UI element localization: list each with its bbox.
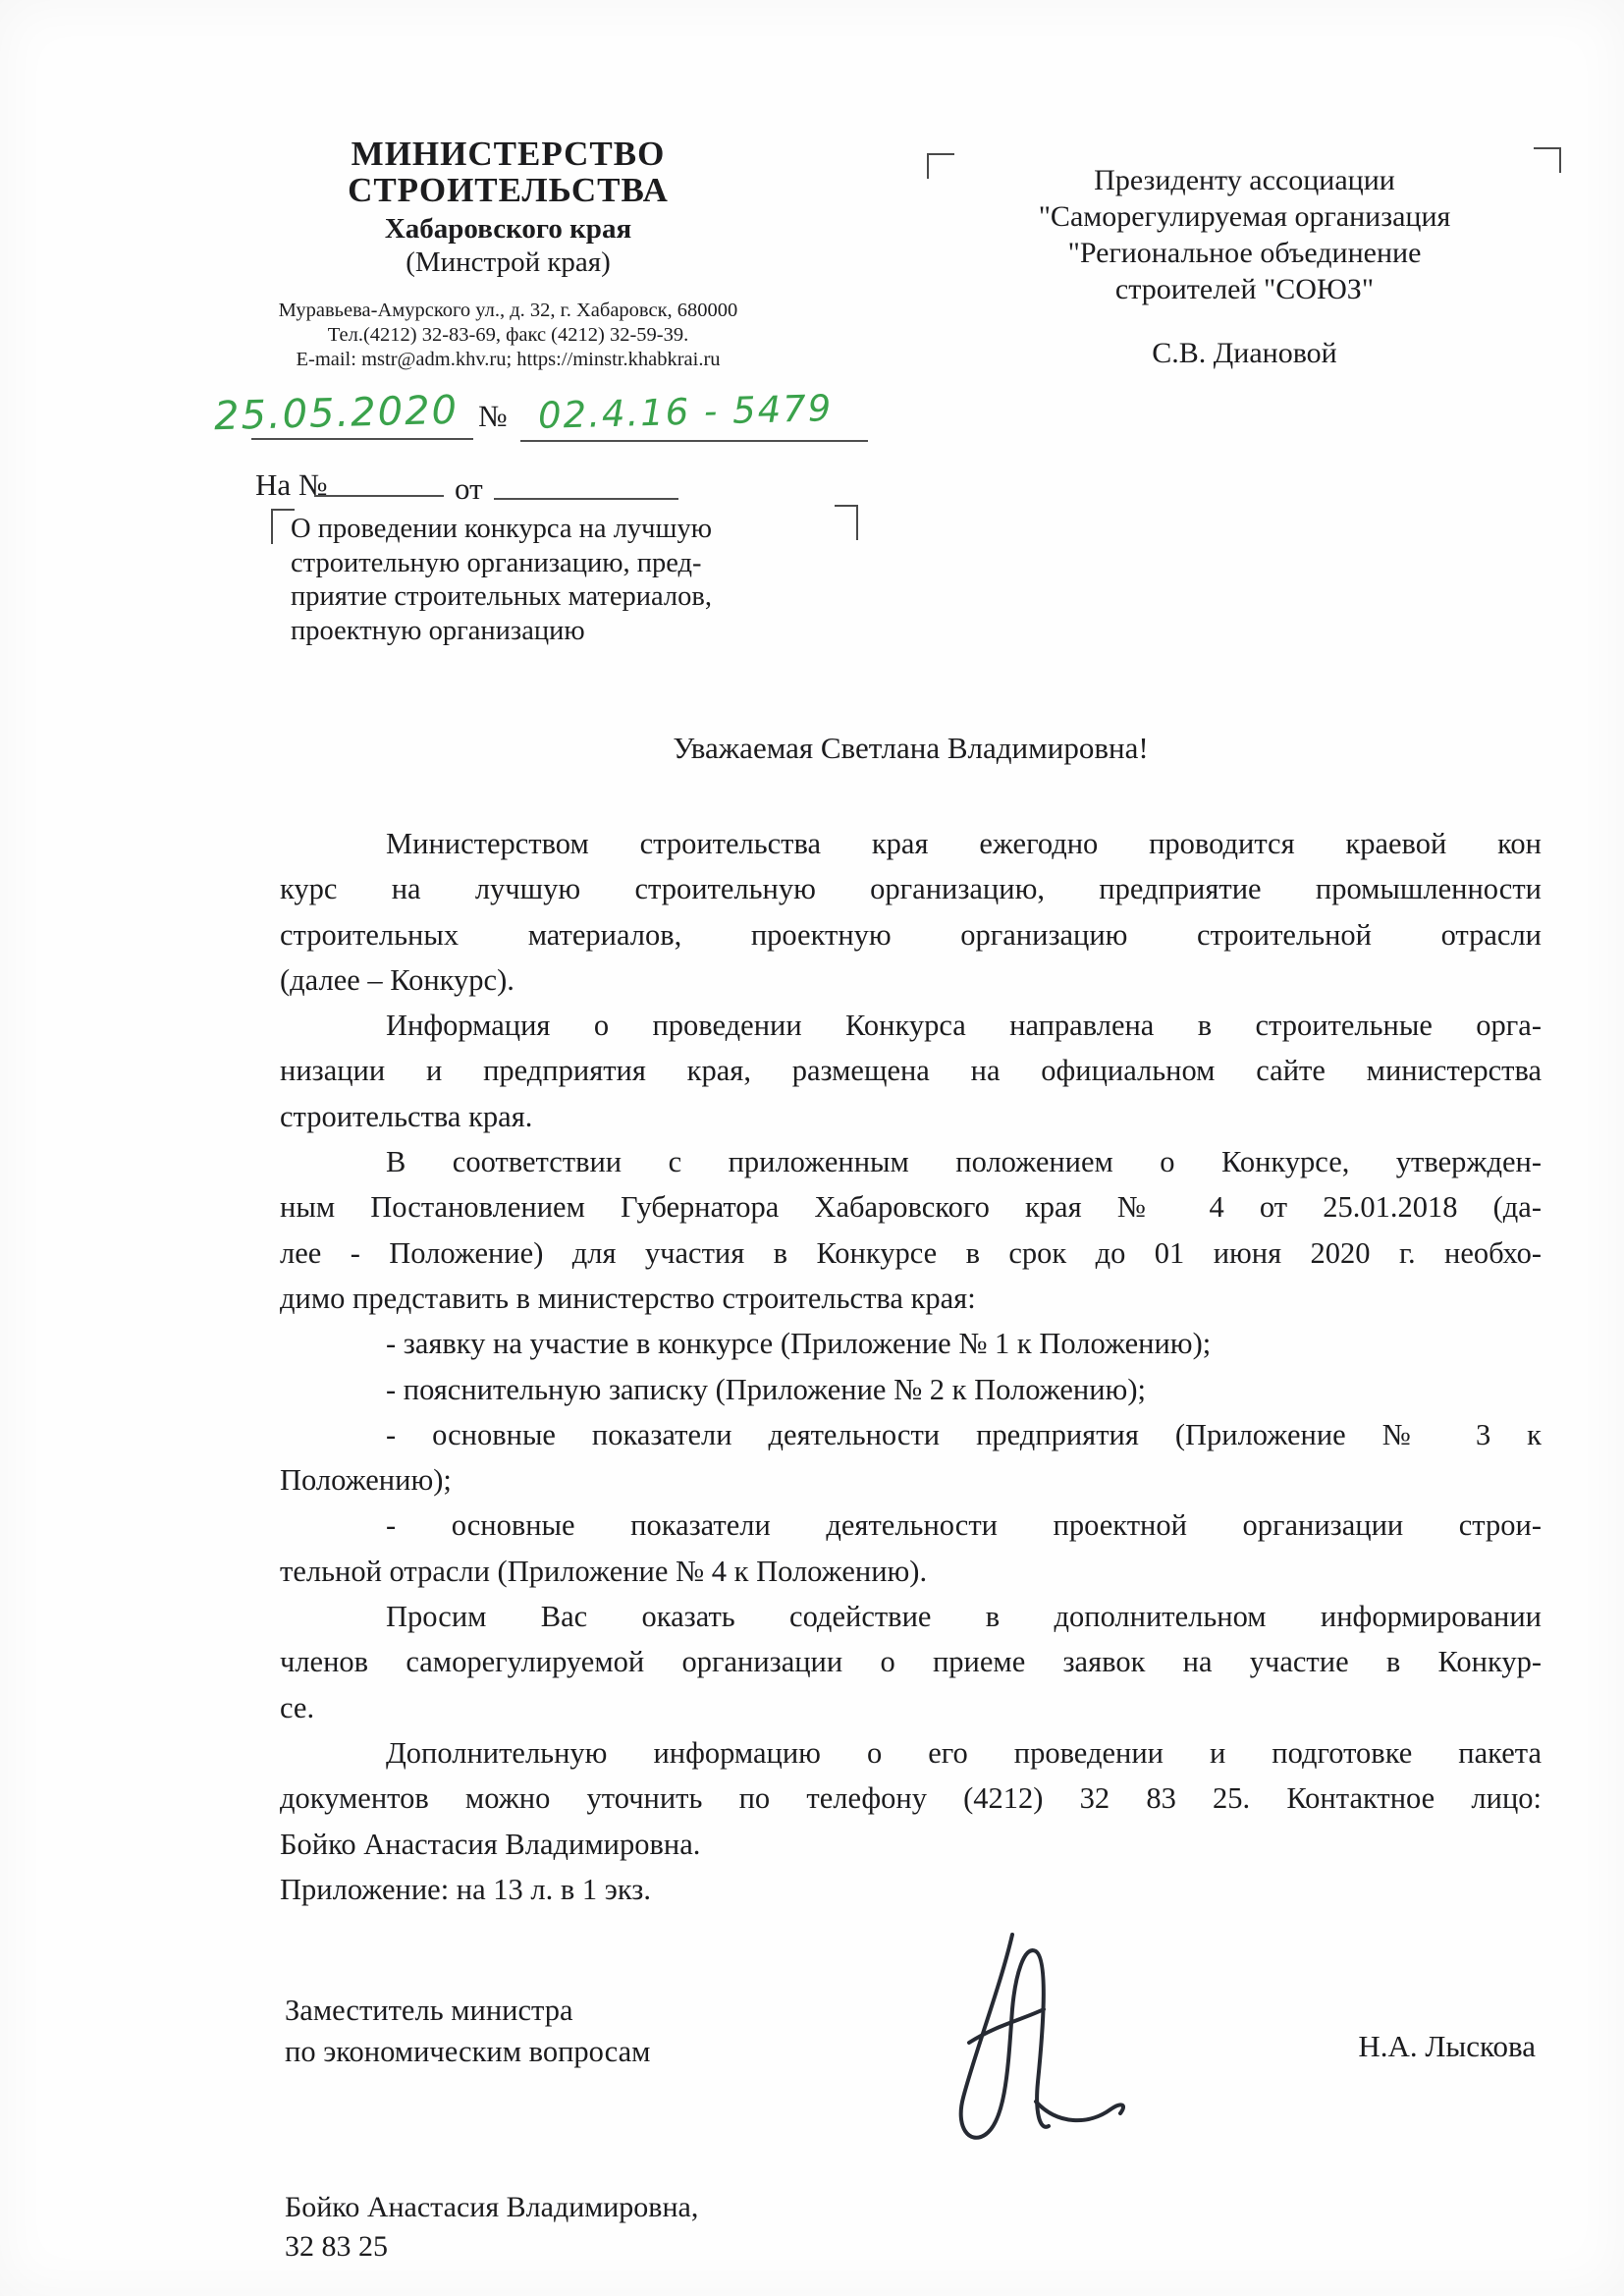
signer-position: Заместитель министра по экономическим во… <box>285 1990 650 2072</box>
body-line: димо представить в министерство строител… <box>280 1276 1542 1321</box>
letterhead-email: E-mail: mstr@adm.khv.ru; https://minstr.… <box>191 348 825 372</box>
reply-from-label: от <box>455 471 483 507</box>
addressee-line: "Саморегулируемая организация <box>938 198 1551 235</box>
ministry-title-line2: СТРОИТЕЛЬСТВА <box>191 172 825 208</box>
ministry-short-name: (Минстрой края) <box>191 246 825 279</box>
body-line: Приложение: на 13 л. в 1 экз. <box>280 1867 1542 1912</box>
addressee-line: строителей "СОЮЗ" <box>938 271 1551 307</box>
body-line: В соответствии с приложенным положением … <box>280 1139 1542 1184</box>
addressee-block: Президенту ассоциации "Саморегулируемая … <box>938 162 1551 371</box>
number-underline <box>520 440 868 442</box>
body-line: курс на лучшую строительную организацию,… <box>280 866 1542 911</box>
body-line: ным Постановлением Губернатора Хабаровск… <box>280 1184 1542 1230</box>
addressee-line: "Региональное объединение <box>938 235 1551 271</box>
body-line: Министерством строительства края ежегодн… <box>280 821 1542 866</box>
subject-block: О проведении конкурса на лучшую строител… <box>291 513 855 648</box>
letter-page: МИНИСТЕРСТВО СТРОИТЕЛЬСТВА Хабаровского … <box>0 0 1624 2296</box>
salutation: Уважаемая Светлана Владимировна! <box>280 731 1542 766</box>
reply-from-underline <box>494 498 678 500</box>
signer-position-line: по экономическим вопросам <box>285 2031 650 2072</box>
contact-name: Бойко Анастасия Владимировна, <box>285 2188 698 2227</box>
subject-line: проектную организацию <box>291 615 855 649</box>
subject-line: приятие строительных материалов, <box>291 580 855 615</box>
body-line: строительства края. <box>280 1094 1542 1139</box>
subject-line: О проведении конкурса на лучшую <box>291 513 855 547</box>
handwritten-number: 02.4.16 - 5479 <box>537 387 833 437</box>
addressee-name: С.В. Диановой <box>938 335 1551 371</box>
body-line: тельной отрасли (Приложение № 4 к Положе… <box>280 1549 1542 1594</box>
ministry-title-line1: МИНИСТЕРСТВО <box>191 136 825 172</box>
body-line: Положению); <box>280 1457 1542 1503</box>
signer-name: Н.А. Лыскова <box>1358 2029 1536 2064</box>
reply-number-label: На № <box>255 467 327 503</box>
body-line: Информация о проведении Конкурса направл… <box>280 1003 1542 1048</box>
letterhead-phone: Тел.(4212) 32-83-69, факс (4212) 32-59-3… <box>191 323 825 348</box>
subject-line: строительную организацию, пред- <box>291 547 855 581</box>
body-line: документов можно уточнить по телефону (4… <box>280 1776 1542 1821</box>
contact-block: Бойко Анастасия Владимировна, 32 83 25 <box>285 2188 698 2267</box>
body-line: Дополнительную информацию о его проведен… <box>280 1730 1542 1776</box>
date-underline <box>251 438 473 440</box>
body-line: членов саморегулируемой организации о пр… <box>280 1639 1542 1684</box>
addressee-line: Президенту ассоциации <box>938 162 1551 198</box>
letterhead-address: Муравьева-Амурского ул., д. 32, г. Хабар… <box>191 299 825 323</box>
contact-phone: 32 83 25 <box>285 2227 698 2267</box>
body-line: Бойко Анастасия Владимировна. <box>280 1822 1542 1867</box>
body-line: - основные показатели деятельности проек… <box>280 1503 1542 1548</box>
ministry-region: Хабаровского края <box>191 212 825 246</box>
signer-position-line: Заместитель министра <box>285 1990 650 2031</box>
body-line: лее - Положение) для участия в Конкурсе … <box>280 1230 1542 1276</box>
number-label: № <box>478 399 508 434</box>
body-line: - пояснительную записку (Приложение № 2 … <box>280 1367 1542 1412</box>
handwritten-date: 25.05.2020 <box>213 388 459 440</box>
body-line: Просим Вас оказать содействие в дополнит… <box>280 1594 1542 1639</box>
handwritten-signature <box>918 1917 1144 2153</box>
body-line: - заявку на участие в конкурсе (Приложен… <box>280 1321 1542 1366</box>
body-line: низации и предприятия края, размещена на… <box>280 1048 1542 1093</box>
body-text: Министерством строительства края ежегодн… <box>280 821 1542 1912</box>
body-line: - основные показатели деятельности предп… <box>280 1412 1542 1457</box>
letterhead: МИНИСТЕРСТВО СТРОИТЕЛЬСТВА Хабаровского … <box>191 136 825 372</box>
body-line: (далее – Конкурс). <box>280 957 1542 1003</box>
reply-number-underline <box>314 495 444 497</box>
body-line: строительных материалов, проектную орган… <box>280 912 1542 957</box>
body-line: се. <box>280 1685 1542 1730</box>
